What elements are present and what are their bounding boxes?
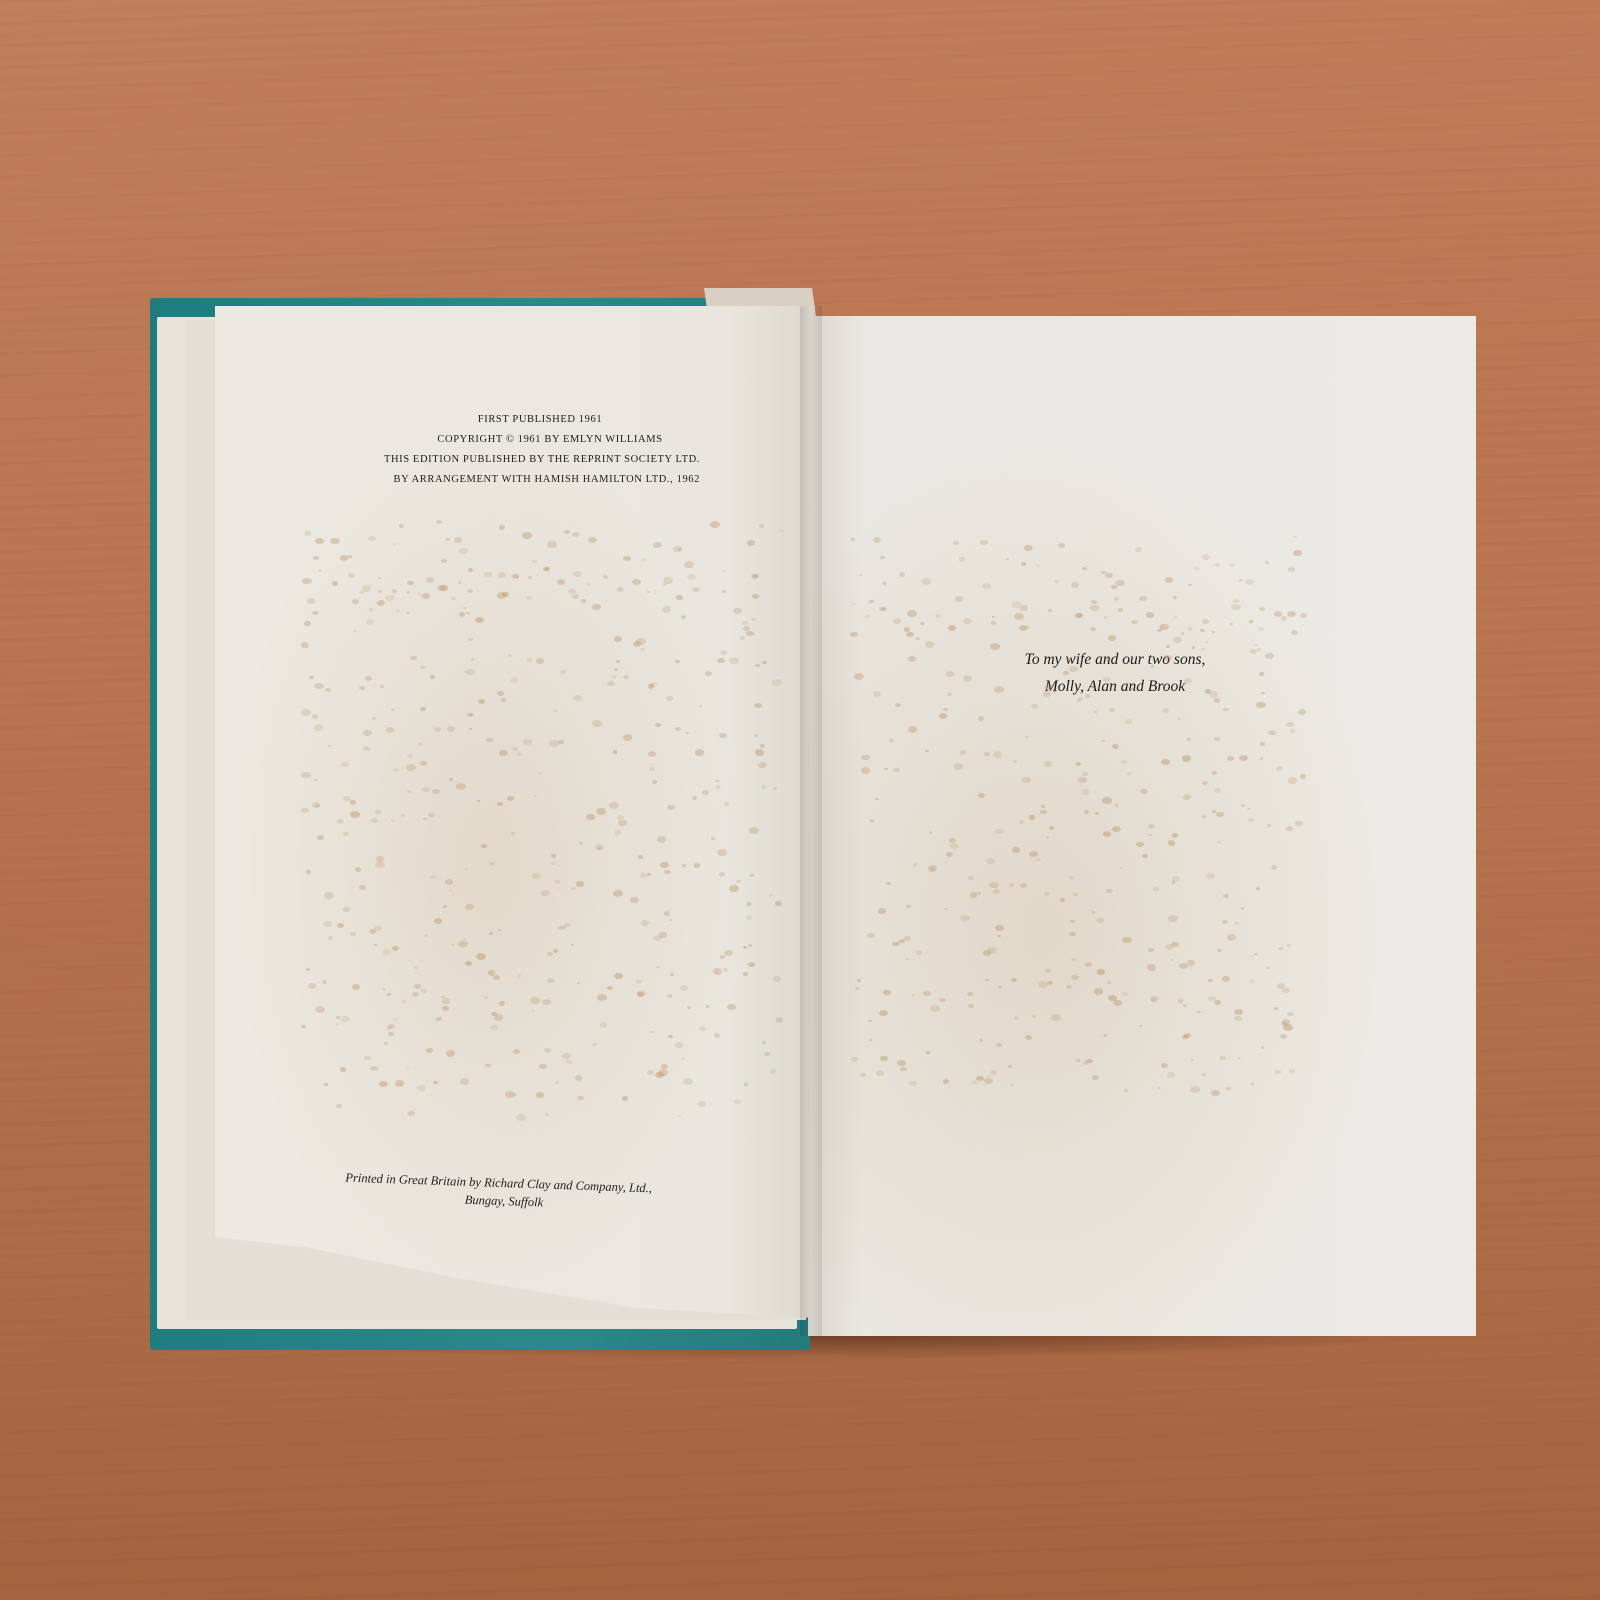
foxing-spot bbox=[343, 907, 350, 912]
foxing-spot bbox=[532, 560, 537, 563]
foxing-spot bbox=[1019, 625, 1027, 631]
foxing-spot bbox=[715, 780, 719, 783]
foxing-spot bbox=[336, 1104, 342, 1108]
foxing-spot bbox=[526, 596, 531, 600]
foxing-spot bbox=[1166, 645, 1170, 648]
foxing-spot bbox=[641, 920, 650, 926]
foxing-spot bbox=[369, 608, 373, 611]
foxing-spot bbox=[1161, 1063, 1168, 1068]
foxing-spot bbox=[1049, 826, 1054, 830]
foxing-spot bbox=[1259, 672, 1264, 675]
foxing-spot bbox=[1071, 975, 1078, 980]
foxing-spot bbox=[913, 863, 917, 866]
foxing-spot bbox=[465, 961, 472, 966]
foxing-spot bbox=[530, 997, 540, 1004]
foxing-spot bbox=[729, 657, 739, 664]
foxing-spot bbox=[458, 548, 468, 555]
foxing-spot bbox=[896, 941, 901, 945]
foxing-spot bbox=[467, 713, 473, 717]
foxing-spot bbox=[402, 1000, 406, 1003]
foxing-spot bbox=[1249, 620, 1253, 623]
foxing-spot bbox=[630, 897, 639, 903]
foxing-spot bbox=[684, 561, 693, 568]
foxing-spot bbox=[1125, 719, 1132, 724]
foxing-spot bbox=[1014, 613, 1023, 620]
foxing-spot bbox=[655, 723, 661, 727]
foxing-spot bbox=[746, 631, 754, 636]
foxing-spot bbox=[1114, 597, 1120, 601]
foxing-spot bbox=[1249, 979, 1254, 982]
foxing-spot bbox=[1182, 1035, 1187, 1039]
foxing-spot bbox=[449, 778, 453, 781]
foxing-spot bbox=[632, 579, 641, 585]
foxing-spot bbox=[614, 668, 618, 671]
imprint-line: COPYRIGHT © 1961 BY EMLYN WILLIAMS bbox=[340, 430, 700, 450]
foxing-spot bbox=[581, 599, 586, 602]
foxing-spot bbox=[1241, 804, 1245, 807]
foxing-spot bbox=[702, 790, 708, 794]
foxing-spot bbox=[906, 905, 911, 908]
foxing-spot bbox=[623, 734, 632, 740]
foxing-spot bbox=[369, 929, 376, 934]
foxing-spot bbox=[343, 832, 349, 836]
foxing-spot bbox=[1165, 577, 1173, 582]
imprint-line: BY ARRANGEMENT WITH HAMISH HAMILTON LTD.… bbox=[340, 470, 700, 490]
foxing-spot bbox=[1187, 960, 1194, 965]
foxing-spot bbox=[1265, 561, 1269, 564]
foxing-spot bbox=[401, 814, 405, 817]
foxing-spot bbox=[451, 944, 454, 946]
foxing-spot bbox=[706, 1005, 710, 1008]
foxing-spot bbox=[1227, 934, 1236, 940]
foxing-spot bbox=[313, 556, 318, 560]
foxing-spot bbox=[899, 572, 906, 577]
foxing-spot bbox=[717, 849, 726, 856]
foxing-spot bbox=[759, 524, 764, 527]
foxing-spot bbox=[420, 707, 426, 711]
foxing-spot bbox=[1082, 567, 1087, 571]
foxing-spot bbox=[870, 819, 873, 821]
foxing-spot bbox=[301, 808, 309, 813]
foxing-spot bbox=[1069, 932, 1076, 937]
foxing-spot bbox=[330, 538, 339, 545]
foxing-spot bbox=[340, 555, 348, 561]
foxing-spot bbox=[1163, 655, 1172, 661]
foxing-spot bbox=[711, 837, 715, 840]
foxing-spot bbox=[497, 691, 504, 696]
foxing-spot bbox=[1288, 567, 1295, 572]
foxing-spot bbox=[1188, 584, 1191, 586]
foxing-spot bbox=[371, 818, 378, 823]
foxing-spot bbox=[441, 996, 445, 999]
foxing-spot bbox=[510, 677, 518, 683]
foxing-spot bbox=[760, 744, 766, 748]
foxing-spot bbox=[312, 611, 319, 616]
foxing-spot bbox=[926, 1051, 930, 1054]
foxing-spot bbox=[963, 675, 972, 681]
foxing-spot bbox=[468, 568, 473, 572]
foxing-spot bbox=[959, 557, 966, 562]
foxing-spot bbox=[662, 583, 667, 586]
foxing-spot bbox=[1254, 953, 1257, 955]
foxing-spot bbox=[747, 902, 752, 905]
foxing-spot bbox=[736, 880, 741, 884]
foxing-spot bbox=[734, 1099, 741, 1104]
foxing-spot bbox=[382, 988, 386, 991]
foxing-spot bbox=[681, 615, 686, 618]
foxing-spot bbox=[675, 660, 679, 663]
foxing-spot bbox=[1103, 831, 1111, 837]
foxing-spot bbox=[396, 610, 399, 612]
foxing-spot bbox=[1140, 789, 1148, 794]
foxing-spot bbox=[729, 885, 739, 892]
foxing-spot bbox=[387, 993, 391, 996]
foxing-spot bbox=[1025, 1035, 1032, 1040]
foxing-spot bbox=[1247, 808, 1250, 810]
foxing-spot bbox=[614, 636, 621, 641]
foxing-spot bbox=[406, 591, 410, 594]
foxing-spot bbox=[1029, 815, 1035, 820]
foxing-spot bbox=[676, 595, 683, 600]
foxing-spot bbox=[350, 811, 360, 818]
foxing-spot bbox=[1287, 611, 1296, 617]
foxing-spot bbox=[370, 1066, 377, 1071]
foxing-spot bbox=[553, 709, 557, 712]
foxing-spot bbox=[596, 808, 606, 815]
foxing-spot bbox=[1069, 876, 1073, 879]
foxing-spot bbox=[442, 1006, 449, 1011]
foxing-spot bbox=[1211, 1090, 1220, 1096]
foxing-spot bbox=[1182, 755, 1191, 761]
foxing-spot bbox=[1090, 627, 1096, 631]
foxing-spot bbox=[998, 985, 1003, 988]
foxing-spot bbox=[889, 739, 894, 742]
foxing-spot bbox=[653, 935, 661, 941]
foxing-spot bbox=[1172, 833, 1179, 838]
foxing-spot bbox=[1045, 969, 1051, 973]
foxing-spot bbox=[355, 867, 361, 871]
foxing-spot bbox=[1205, 689, 1212, 694]
foxing-spot bbox=[1161, 759, 1170, 765]
foxing-spot bbox=[315, 1006, 325, 1013]
foxing-spot bbox=[705, 671, 712, 676]
imprint-block: FIRST PUBLISHED 1961 COPYRIGHT © 1961 BY… bbox=[340, 410, 700, 490]
foxing-spot bbox=[883, 582, 886, 584]
foxing-spot bbox=[1135, 547, 1141, 552]
foxing-spot bbox=[1241, 907, 1245, 909]
foxing-spot bbox=[393, 543, 396, 545]
foxing-spot bbox=[922, 578, 931, 584]
foxing-spot bbox=[772, 679, 782, 686]
foxing-spot bbox=[1009, 883, 1014, 886]
foxing-spot bbox=[458, 581, 462, 584]
foxing-spot bbox=[680, 985, 688, 990]
foxing-spot bbox=[301, 642, 309, 647]
foxing-spot bbox=[1045, 684, 1053, 690]
foxing-spot bbox=[925, 641, 935, 648]
foxing-spot bbox=[636, 979, 642, 983]
foxing-spot bbox=[1036, 564, 1039, 566]
foxing-spot bbox=[318, 569, 322, 572]
foxing-spot bbox=[485, 1064, 490, 1068]
foxing-spot bbox=[1148, 948, 1154, 952]
foxing-spot bbox=[748, 962, 755, 967]
foxing-spot bbox=[1267, 824, 1271, 827]
foxing-spot bbox=[426, 1048, 433, 1053]
foxing-spot bbox=[475, 617, 484, 623]
foxing-spot bbox=[1051, 1014, 1060, 1021]
foxing-spot bbox=[695, 749, 704, 755]
foxing-spot bbox=[549, 740, 559, 747]
foxing-spot bbox=[499, 1001, 506, 1006]
foxing-spot bbox=[499, 525, 505, 529]
foxing-spot bbox=[532, 873, 541, 879]
foxing-spot bbox=[1177, 717, 1181, 720]
foxing-spot bbox=[867, 933, 875, 938]
foxing-spot bbox=[460, 1078, 470, 1085]
foxing-spot bbox=[943, 708, 948, 711]
foxing-spot bbox=[536, 658, 544, 664]
foxing-spot bbox=[547, 952, 552, 956]
foxing-spot bbox=[597, 994, 606, 1001]
foxing-spot bbox=[1047, 981, 1053, 985]
foxing-spot bbox=[323, 921, 332, 927]
foxing-spot bbox=[348, 573, 355, 578]
foxing-spot bbox=[1142, 854, 1148, 858]
foxing-spot bbox=[714, 1033, 721, 1038]
foxing-spot bbox=[1287, 944, 1291, 947]
foxing-spot bbox=[925, 750, 928, 752]
foxing-spot bbox=[386, 727, 395, 733]
foxing-spot bbox=[465, 904, 473, 910]
foxing-spot bbox=[547, 541, 557, 548]
foxing-spot bbox=[561, 926, 566, 929]
foxing-spot bbox=[1014, 1016, 1019, 1020]
foxing-spot bbox=[513, 1049, 520, 1054]
foxing-spot bbox=[1214, 1000, 1221, 1005]
foxing-spot bbox=[1147, 964, 1156, 970]
foxing-spot bbox=[412, 992, 419, 997]
foxing-spot bbox=[328, 936, 333, 940]
foxing-spot bbox=[1166, 944, 1174, 949]
foxing-spot bbox=[1205, 641, 1208, 643]
foxing-spot bbox=[1066, 657, 1072, 661]
foxing-spot bbox=[486, 738, 492, 743]
foxing-spot bbox=[1090, 605, 1098, 611]
foxing-spot bbox=[593, 1043, 596, 1045]
foxing-spot bbox=[1008, 1065, 1012, 1068]
foxing-spot bbox=[1102, 740, 1105, 742]
foxing-spot bbox=[366, 619, 375, 625]
foxing-spot bbox=[751, 618, 756, 621]
foxing-spot bbox=[1212, 771, 1217, 775]
foxing-spot bbox=[1234, 1009, 1242, 1015]
foxing-spot bbox=[337, 923, 345, 928]
foxing-spot bbox=[343, 796, 351, 801]
foxing-spot bbox=[1178, 999, 1183, 1002]
foxing-spot bbox=[692, 587, 700, 593]
dedication: To my wife and our two sons, Molly, Alan… bbox=[990, 646, 1240, 700]
foxing-spot bbox=[558, 740, 564, 744]
foxing-spot bbox=[761, 785, 766, 788]
foxing-spot bbox=[569, 589, 575, 594]
foxing-spot bbox=[881, 607, 887, 611]
foxing-spot bbox=[545, 567, 550, 571]
foxing-spot bbox=[1012, 601, 1022, 608]
foxing-spot bbox=[661, 1064, 668, 1069]
foxing-spot bbox=[1040, 810, 1047, 815]
foxing-spot bbox=[603, 575, 608, 579]
foxing-spot bbox=[1250, 649, 1257, 654]
foxing-spot bbox=[724, 802, 729, 805]
right-page bbox=[808, 316, 1476, 1336]
foxing-spot bbox=[873, 537, 882, 543]
foxing-spot bbox=[1261, 1046, 1264, 1048]
foxing-spot bbox=[743, 626, 750, 631]
foxing-spot bbox=[446, 538, 450, 541]
foxing-spot bbox=[1104, 616, 1107, 618]
foxing-spot bbox=[541, 890, 549, 895]
foxing-spot bbox=[710, 521, 720, 528]
foxing-spot bbox=[420, 761, 426, 765]
foxing-spot bbox=[746, 915, 752, 919]
foxing-spot bbox=[682, 864, 686, 867]
foxing-spot bbox=[1229, 563, 1235, 567]
foxing-spot bbox=[950, 843, 959, 849]
foxing-spot bbox=[850, 632, 857, 637]
foxing-spot bbox=[692, 796, 697, 800]
foxing-spot bbox=[960, 915, 969, 921]
foxing-spot bbox=[1200, 629, 1204, 632]
foxing-spot bbox=[430, 675, 435, 678]
foxing-spot bbox=[395, 1080, 404, 1087]
foxing-spot bbox=[352, 599, 359, 604]
foxing-spot bbox=[893, 768, 899, 772]
foxing-spot bbox=[430, 875, 436, 879]
foxing-spot bbox=[446, 1050, 456, 1057]
foxing-spot bbox=[378, 590, 382, 593]
foxing-spot bbox=[527, 658, 532, 662]
foxing-spot bbox=[915, 637, 920, 641]
foxing-spot bbox=[662, 606, 671, 613]
foxing-spot bbox=[991, 621, 996, 625]
foxing-spot bbox=[1281, 616, 1288, 621]
foxing-spot bbox=[855, 987, 859, 990]
foxing-spot bbox=[562, 1053, 571, 1059]
foxing-spot bbox=[516, 1114, 526, 1121]
foxing-spot bbox=[362, 585, 371, 591]
foxing-spot bbox=[1012, 847, 1020, 852]
foxing-spot bbox=[1214, 788, 1221, 793]
foxing-spot bbox=[775, 901, 782, 906]
foxing-spot bbox=[1245, 579, 1253, 585]
foxing-spot bbox=[1222, 976, 1231, 982]
foxing-spot bbox=[592, 604, 601, 610]
foxing-spot bbox=[393, 768, 399, 772]
foxing-spot bbox=[1256, 702, 1266, 709]
foxing-spot bbox=[393, 1018, 396, 1020]
foxing-spot bbox=[880, 1056, 888, 1062]
foxing-spot bbox=[1013, 760, 1017, 763]
foxing-spot bbox=[622, 1096, 628, 1100]
foxing-spot bbox=[571, 944, 574, 946]
foxing-spot bbox=[930, 1005, 940, 1012]
foxing-spot bbox=[501, 698, 506, 701]
foxing-spot bbox=[893, 618, 901, 624]
foxing-spot bbox=[1081, 789, 1090, 796]
foxing-spot bbox=[649, 767, 655, 771]
foxing-spot bbox=[615, 830, 621, 834]
foxing-spot bbox=[468, 638, 473, 641]
foxing-spot bbox=[1216, 812, 1224, 817]
foxing-spot bbox=[306, 870, 312, 874]
foxing-spot bbox=[1295, 821, 1303, 826]
foxing-spot bbox=[723, 968, 728, 972]
foxing-spot bbox=[618, 820, 626, 826]
foxing-spot bbox=[1103, 677, 1111, 683]
foxing-spot bbox=[664, 911, 671, 916]
foxing-spot bbox=[1148, 834, 1151, 836]
imprint-line: FIRST PUBLISHED 1961 bbox=[340, 410, 700, 430]
foxing-spot bbox=[613, 890, 623, 897]
foxing-spot bbox=[955, 596, 963, 602]
foxing-spot bbox=[422, 593, 430, 599]
foxing-spot bbox=[1085, 694, 1090, 697]
foxing-spot bbox=[1168, 840, 1175, 845]
foxing-spot bbox=[388, 1032, 394, 1036]
foxing-spot bbox=[669, 919, 673, 921]
foxing-spot bbox=[1048, 609, 1052, 612]
foxing-spot bbox=[1266, 967, 1269, 969]
foxing-spot bbox=[1190, 1086, 1200, 1093]
foxing-spot bbox=[960, 750, 966, 754]
foxing-spot bbox=[908, 726, 917, 733]
foxing-spot bbox=[989, 882, 998, 889]
foxing-spot bbox=[1276, 766, 1283, 771]
foxing-spot bbox=[609, 802, 619, 809]
foxing-spot bbox=[1011, 1084, 1014, 1086]
dedication-line: Molly, Alan and Brook bbox=[990, 673, 1240, 700]
foxing-spot bbox=[1179, 963, 1188, 969]
foxing-spot bbox=[990, 643, 1000, 650]
foxing-spot bbox=[592, 720, 602, 727]
foxing-spot bbox=[1150, 996, 1159, 1002]
foxing-spot bbox=[742, 621, 748, 625]
foxing-spot bbox=[1130, 688, 1133, 690]
foxing-spot bbox=[383, 949, 391, 955]
foxing-spot bbox=[445, 879, 453, 885]
foxing-spot bbox=[954, 763, 964, 770]
foxing-spot bbox=[1115, 804, 1119, 806]
foxing-spot bbox=[897, 1060, 906, 1066]
foxing-spot bbox=[715, 785, 721, 789]
foxing-spot bbox=[1271, 865, 1277, 870]
foxing-spot bbox=[650, 1031, 654, 1034]
foxing-spot bbox=[719, 872, 725, 876]
foxing-spot bbox=[1202, 554, 1210, 560]
foxing-spot bbox=[1074, 613, 1082, 619]
foxing-spot bbox=[911, 994, 914, 996]
foxing-spot bbox=[946, 671, 954, 677]
foxing-spot bbox=[907, 610, 917, 617]
foxing-spot bbox=[743, 946, 747, 949]
foxing-spot bbox=[391, 819, 394, 821]
foxing-spot bbox=[1025, 736, 1029, 738]
foxing-spot bbox=[456, 783, 466, 790]
foxing-spot bbox=[551, 862, 556, 865]
foxing-spot bbox=[545, 1113, 550, 1116]
foxing-spot bbox=[576, 881, 584, 887]
